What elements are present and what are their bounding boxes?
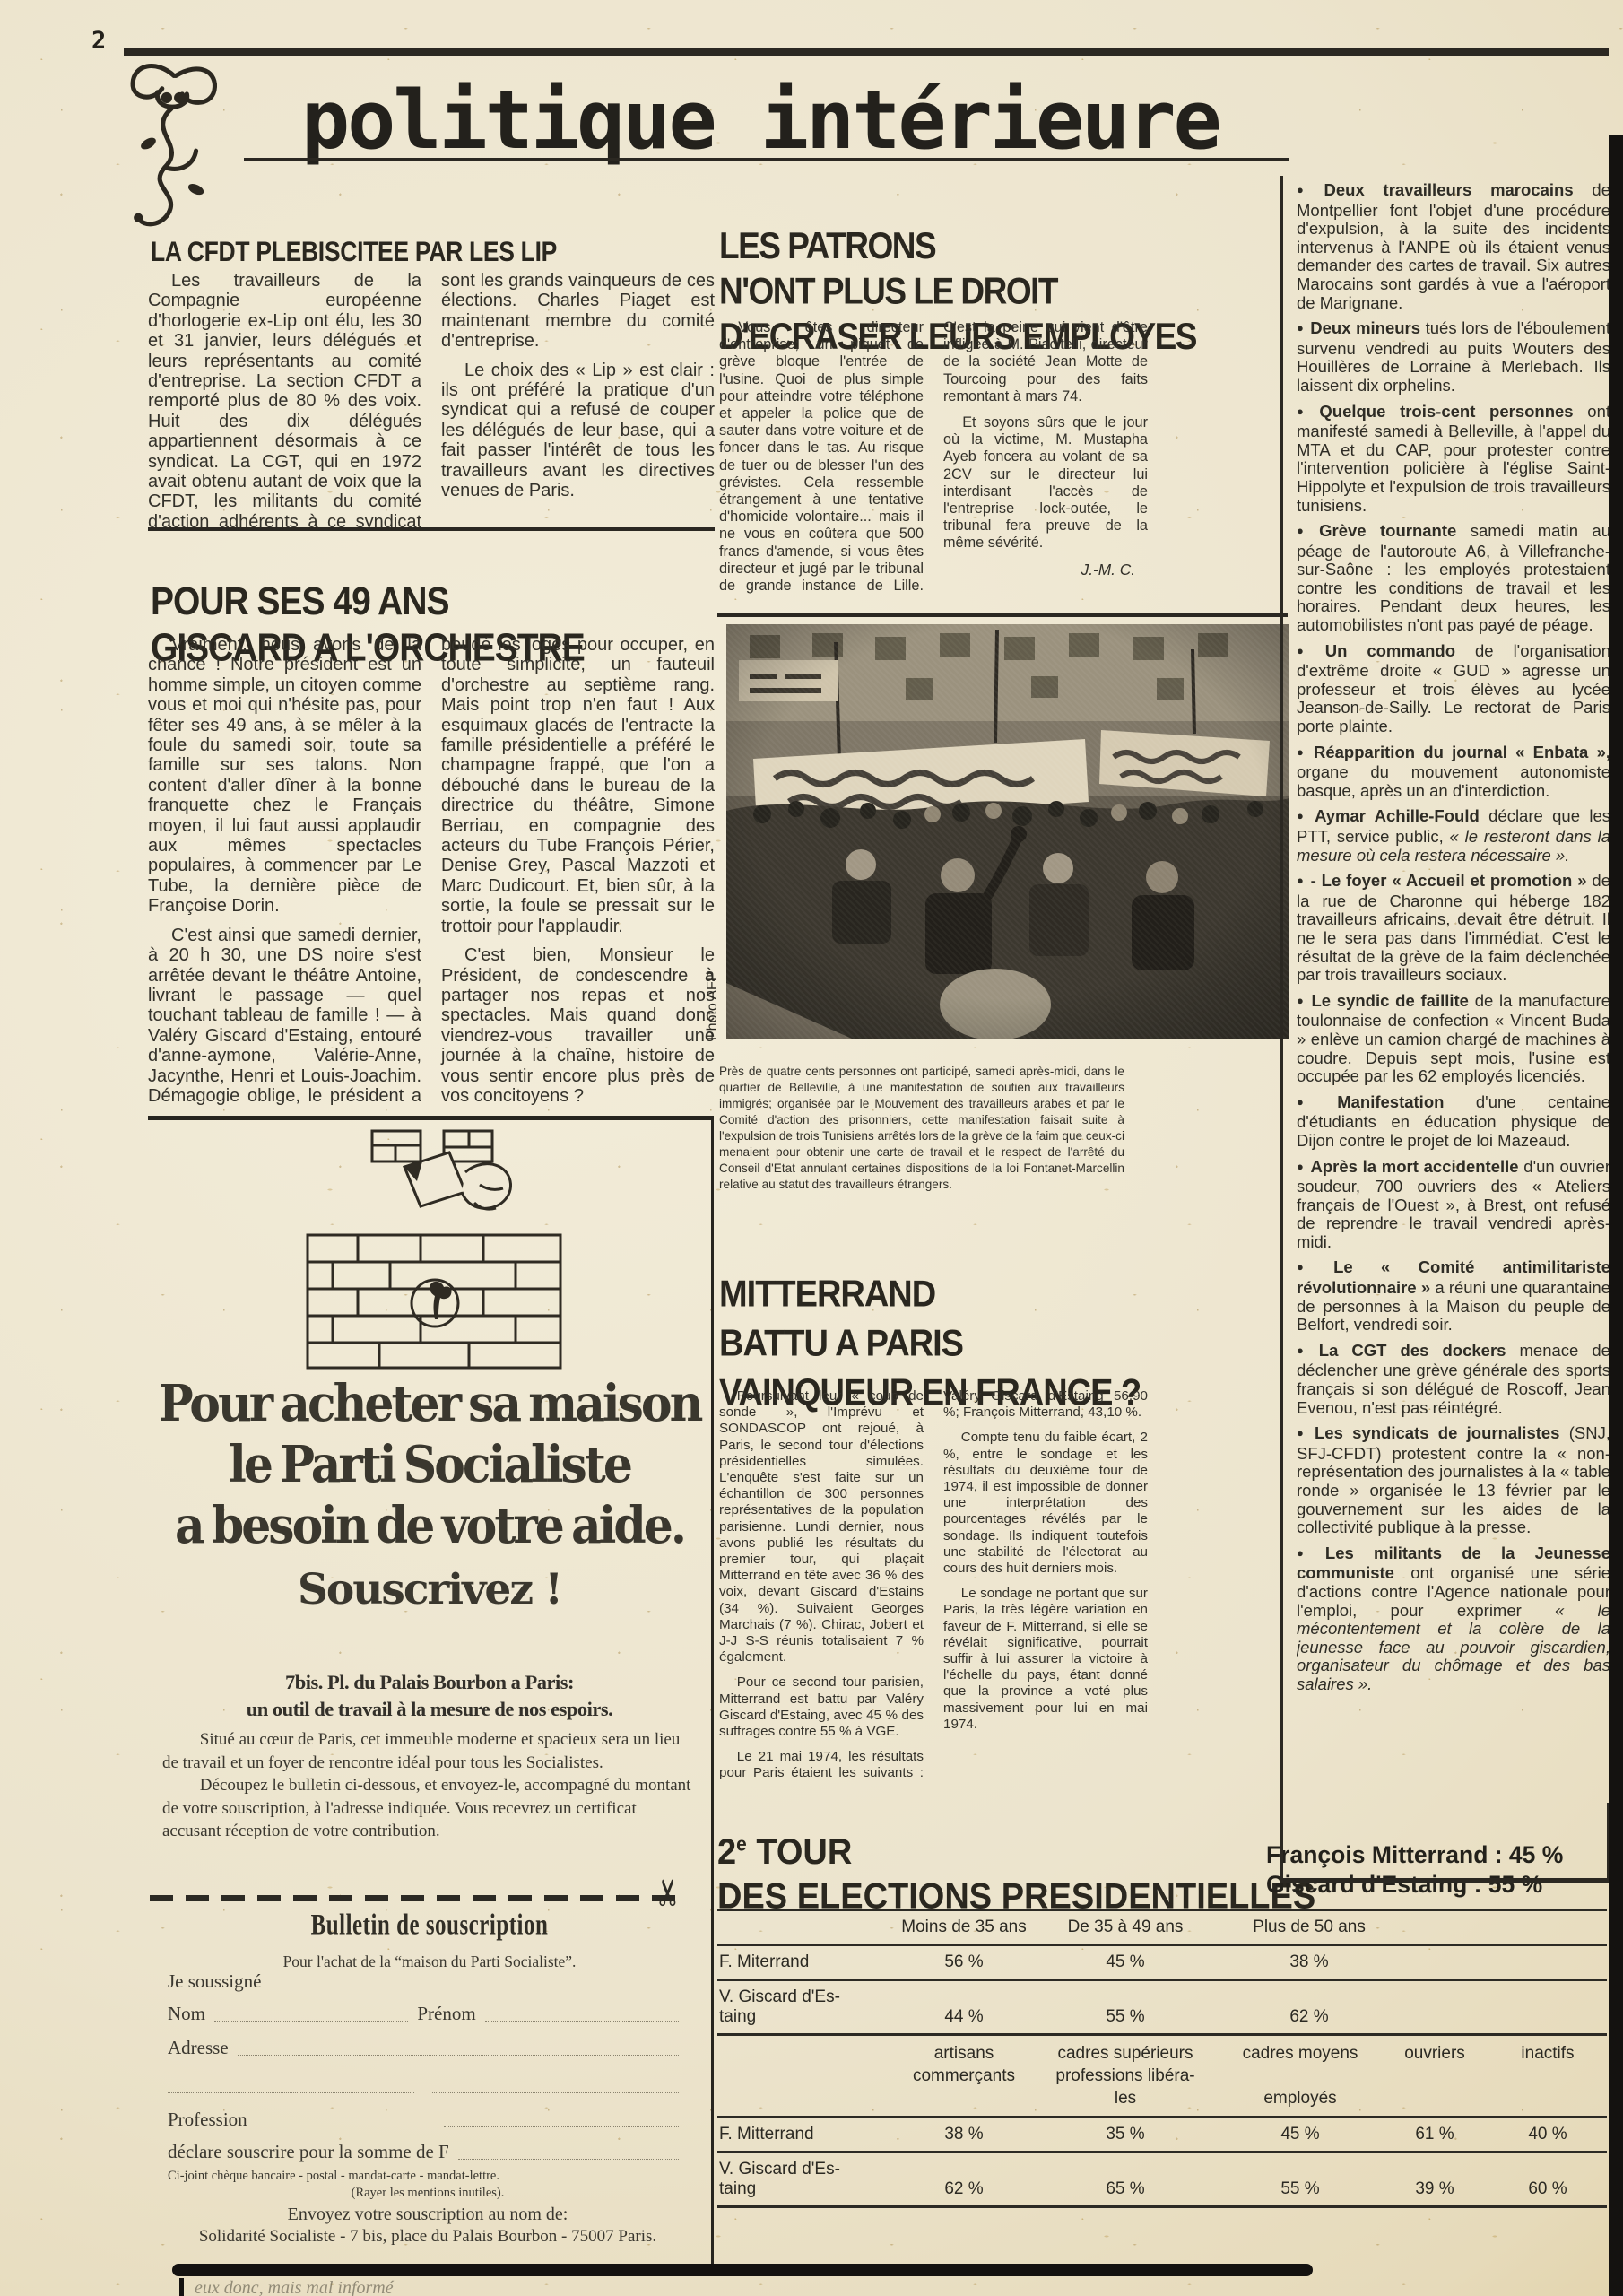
cell-value: 62 % bbox=[1219, 2007, 1399, 2027]
brief-item: ●Grève tournante samedi matin au péage d… bbox=[1297, 522, 1610, 635]
paragraph: Pour ce second tour parisien, Mitterrand… bbox=[719, 1674, 924, 1740]
demonstration-photo bbox=[726, 624, 1289, 1039]
article-giscard-body: Vraiment, nous avons de la chance ! Notr… bbox=[148, 635, 715, 1119]
brick-wall-hand-illustration bbox=[290, 1127, 578, 1371]
results-table: Moins de 35 ans De 35 à 49 ans Plus de 5… bbox=[717, 1909, 1607, 2208]
table-row: F. Mitterrand 38 % 35 % 45 % 61 % 40 % bbox=[717, 2118, 1607, 2153]
profession-field[interactable] bbox=[444, 2108, 679, 2127]
row-label: V. Giscard d'Es-taing bbox=[717, 1987, 897, 2027]
subscription-form: Je soussigné Nom Prénom Adresse Professi… bbox=[168, 1970, 688, 2247]
page-number: 2 bbox=[91, 27, 106, 55]
ad-address: 7bis. Pl. du Palais Bourbon a Paris: un … bbox=[148, 1669, 711, 1723]
article-patrons-body: Vous êtes directeur d'entreprise; un piq… bbox=[719, 319, 1148, 604]
brief-item: ●Réapparition du journal « Enbata », org… bbox=[1297, 744, 1610, 801]
brief-lead: Grève tournante bbox=[1319, 521, 1456, 540]
bullet-icon: ● bbox=[1297, 321, 1304, 335]
form-label-je: Je soussigné bbox=[168, 1970, 688, 1993]
paragraph: Le sondage ne portant que sur Paris, la … bbox=[943, 1586, 1148, 1733]
brief-lead: Manifestation bbox=[1337, 1092, 1444, 1111]
paragraph: Compte tenu du faible écart, 2 %, entre … bbox=[943, 1430, 1148, 1577]
cut-off-text-fragment: eux donc, mais mal informé bbox=[179, 2278, 894, 2296]
brief-lead: Le syndic de faillite bbox=[1311, 991, 1468, 1010]
column-header: cadres moyensemployés bbox=[1219, 2042, 1381, 2109]
brief-item: ●Le syndic de faillite de la manufacture… bbox=[1297, 992, 1610, 1086]
results-heading-line1: 2e TOUR bbox=[717, 1822, 1315, 1874]
title-line: BATTU A PARIS bbox=[719, 1323, 963, 1364]
title-line: N'ONT PLUS LE DROIT bbox=[719, 270, 1057, 311]
column-header: Plus de 50 ans bbox=[1219, 1918, 1399, 1937]
ad-body: Situé au cœur de Paris, cet immeuble mod… bbox=[162, 1728, 695, 1843]
column-header: cadres supérieursprofessions libéra-les bbox=[1031, 2042, 1219, 2109]
form-label-profession: Profession bbox=[168, 2109, 247, 2131]
paragraph: Vraiment, nous avons de la chance ! Notr… bbox=[148, 635, 421, 917]
row-label: V. Giscard d'Es-taing bbox=[717, 2160, 897, 2199]
nom-field[interactable] bbox=[214, 2002, 408, 2022]
column-header: Moins de 35 ans bbox=[897, 1918, 1031, 1937]
divider-rule bbox=[717, 613, 1288, 617]
paragraph: C'est bien, Monsieur le Président, de co… bbox=[441, 945, 715, 1106]
bullet-icon: ● bbox=[1297, 809, 1308, 822]
cell-value: 38 % bbox=[897, 2125, 1031, 2144]
section-masthead: politique intérieure bbox=[301, 74, 1219, 168]
bullet-icon: ● bbox=[1297, 1426, 1308, 1439]
bullet-icon: ● bbox=[1297, 404, 1313, 418]
form-label-nom: Nom bbox=[168, 2003, 205, 2025]
brief-item: ●La CGT des dockers menace de déclencher… bbox=[1297, 1342, 1610, 1417]
cell-value: 45 % bbox=[1031, 1952, 1219, 1972]
brief-item: ●- Le foyer « Accueil et promotion » de … bbox=[1297, 872, 1610, 985]
brief-lead: Deux mineurs bbox=[1310, 318, 1420, 337]
bullet-icon: ● bbox=[1297, 524, 1313, 537]
brief-item: ●Manifestation d'une centaine d'étudiant… bbox=[1297, 1093, 1610, 1151]
bullet-icon: ● bbox=[1297, 745, 1307, 759]
bullet-icon: ● bbox=[1297, 994, 1305, 1007]
form-envoyez: Envoyez votre souscription au nom de: bbox=[168, 2205, 688, 2225]
column-header: artisanscommerçants bbox=[897, 2042, 1031, 2087]
table-header-row: Moins de 35 ans De 35 à 49 ans Plus de 5… bbox=[717, 1911, 1607, 1946]
photo-art bbox=[726, 624, 1289, 1039]
brief-lead: Les syndicats de journalistes bbox=[1315, 1423, 1559, 1442]
form-label-adresse: Adresse bbox=[168, 2037, 229, 2059]
table-row: F. Miterrand 56 % 45 % 38 % bbox=[717, 1946, 1607, 1981]
table-header-row: artisanscommerçants cadres supérieurspro… bbox=[717, 2036, 1607, 2118]
bullet-icon: ● bbox=[1297, 183, 1318, 196]
masthead-rule bbox=[244, 158, 1289, 161]
photo-caption: Près de quatre cents personnes ont parti… bbox=[719, 1064, 1124, 1193]
brief-item: ●Deux mineurs tués lors de l'éboulement … bbox=[1297, 319, 1610, 395]
adresse-field-line3[interactable] bbox=[432, 2074, 679, 2093]
brief-text: de Montpellier font l'objet d'une procéd… bbox=[1297, 181, 1610, 312]
title-line: LES PATRONS bbox=[719, 225, 935, 266]
ornament-initial-icon bbox=[120, 56, 224, 230]
bullet-icon: ● bbox=[1297, 1095, 1331, 1109]
brief-item: ●Quelque trois-cent personnes ont manife… bbox=[1297, 403, 1610, 516]
bullet-icon: ● bbox=[1297, 1344, 1313, 1357]
adresse-field-line2[interactable] bbox=[168, 2074, 414, 2093]
cell-value: 60 % bbox=[1488, 2179, 1607, 2199]
cell-value: 61 % bbox=[1381, 2125, 1488, 2144]
form-note-cheque: Ci-joint chèque bancaire - postal - mand… bbox=[168, 2169, 688, 2184]
cell-value: 55 % bbox=[1219, 2179, 1381, 2199]
brief-lead: - Le foyer « Accueil et promotion » bbox=[1311, 871, 1587, 890]
brief-item: ●Deux travailleurs marocains de Montpell… bbox=[1297, 181, 1610, 312]
results-heading: 2e TOUR DES ELECTIONS PRESIDENTIELLES bbox=[717, 1822, 1315, 1919]
brief-item: ●Aymar Achille-Fould déclare que les PTT… bbox=[1297, 807, 1610, 865]
brief-item: ●Un commando de l'organisation d'extrême… bbox=[1297, 642, 1610, 736]
ad-cta: Souscrivez ! bbox=[148, 1565, 711, 1614]
bulletin-subtitle: Pour l'achat de la “maison du Parti Soci… bbox=[148, 1952, 711, 1971]
row-label: F. Miterrand bbox=[717, 1952, 897, 1972]
scissors-icon: ✂ bbox=[648, 1877, 690, 1908]
brief-text: organe du mouvement autonomiste basque, … bbox=[1297, 762, 1610, 800]
column-header: De 35 à 49 ans bbox=[1031, 1918, 1219, 1937]
brief-item: ●Après la mort accidentelle d'un ouvrier… bbox=[1297, 1158, 1610, 1252]
ad-headline: Pour acheter sa maison le Parti Socialis… bbox=[148, 1373, 711, 1556]
table-row: V. Giscard d'Es-taing 44 % 55 % 62 % bbox=[717, 1981, 1607, 2036]
bulletin-title: Bulletin de souscription bbox=[148, 1909, 711, 1942]
cut-here-line: ✂ bbox=[150, 1895, 679, 1901]
table-row: V. Giscard d'Es-taing 62 % 65 % 55 % 39 … bbox=[717, 2153, 1607, 2208]
cell-value: 40 % bbox=[1488, 2125, 1607, 2144]
column-separator-rule bbox=[1280, 176, 1283, 1882]
column-header: inactifs bbox=[1488, 2042, 1607, 2065]
cell-value: 35 % bbox=[1031, 2125, 1219, 2144]
article-cfdt-body: Les travailleurs de la Compagnie europée… bbox=[148, 271, 715, 533]
brief-lead: Aymar Achille-Fould bbox=[1315, 806, 1480, 825]
brief-lead: Un commando bbox=[1325, 641, 1455, 660]
cell-value: 55 % bbox=[1031, 2007, 1219, 2027]
bullet-icon: ● bbox=[1297, 874, 1305, 887]
form-label-prenom: Prénom bbox=[417, 2003, 475, 2025]
column-header: ouvriers bbox=[1381, 2042, 1488, 2065]
scan-edge-bottom bbox=[172, 2264, 1313, 2276]
briefs-bottom-rule bbox=[1280, 1878, 1610, 1883]
scan-edge-right bbox=[1609, 135, 1623, 2296]
brief-item: ●Les syndicats de journalistes (SNJ, SFJ… bbox=[1297, 1424, 1610, 1537]
cell-value: 45 % bbox=[1219, 2125, 1381, 2144]
row-label: F. Mitterrand bbox=[717, 2125, 897, 2144]
title-line: POUR SES 49 ANS bbox=[151, 580, 449, 623]
paragraph: Poursuivant leur « coup de sonde », l'Im… bbox=[719, 1388, 924, 1665]
cell-value: 62 % bbox=[897, 2179, 1031, 2199]
prenom-field[interactable] bbox=[485, 2002, 679, 2022]
form-solidarite: Solidarité Socialiste - 7 bis, place du … bbox=[168, 2227, 688, 2247]
bullet-icon: ● bbox=[1297, 1160, 1304, 1173]
paragraph: Le choix des « Lip » est clair : ils ont… bbox=[441, 361, 715, 501]
form-label-somme: déclare souscrire pour la somme de F bbox=[168, 2141, 449, 2163]
adresse-field[interactable] bbox=[238, 2036, 679, 2056]
header-rule bbox=[124, 48, 1609, 56]
divider-rule bbox=[148, 527, 715, 531]
cell-value: 65 % bbox=[1031, 2179, 1219, 2199]
brief-item: ●Le « Comité antimilitariste révolutionn… bbox=[1297, 1258, 1610, 1334]
form-note-rayer: (Rayer les mentions inutiles). bbox=[168, 2186, 688, 2201]
paragraph: Et soyons sûrs que le jour où la victime… bbox=[943, 414, 1148, 552]
ps-subscription-ad: Pour acheter sa maison le Parti Socialis… bbox=[148, 1116, 714, 2274]
article-cfdt-title: LA CFDT PLEBISCITEE PAR LES LIP bbox=[151, 235, 557, 268]
brief-lead: Après la mort accidentelle bbox=[1310, 1157, 1518, 1176]
bullet-icon: ● bbox=[1297, 644, 1319, 657]
cell-value: 56 % bbox=[897, 1952, 1031, 1972]
photo-credit: Photo AFP bbox=[705, 972, 721, 1041]
newspaper-page: 2 politique intérieure LA CFDT PLEBISCIT… bbox=[0, 0, 1623, 2296]
cell-value: 44 % bbox=[897, 2007, 1031, 2027]
brief-lead: La CGT des dockers bbox=[1319, 1341, 1506, 1360]
somme-field[interactable] bbox=[458, 2140, 679, 2160]
brief-item: ●Les militants de la Jeunesse communiste… bbox=[1297, 1544, 1610, 1694]
cell-value: 38 % bbox=[1219, 1952, 1399, 1972]
title-line: MITTERRAND bbox=[719, 1274, 935, 1315]
brief-lead: Réapparition du journal « Enbata », bbox=[1314, 743, 1610, 761]
cell-value: 39 % bbox=[1381, 2179, 1488, 2199]
article-mitterrand-body: Poursuivant leur « coup de sonde », l'Im… bbox=[719, 1388, 1148, 1794]
brief-lead: Quelque trois-cent personnes bbox=[1319, 402, 1573, 421]
bullet-icon: ● bbox=[1297, 1260, 1327, 1274]
bullet-icon: ● bbox=[1297, 1546, 1319, 1560]
brief-lead: Deux travailleurs marocains bbox=[1324, 181, 1574, 199]
briefs-column: ●Deux travailleurs marocains de Montpell… bbox=[1297, 181, 1610, 1874]
article-byline: J.-M. C. bbox=[943, 561, 1148, 578]
